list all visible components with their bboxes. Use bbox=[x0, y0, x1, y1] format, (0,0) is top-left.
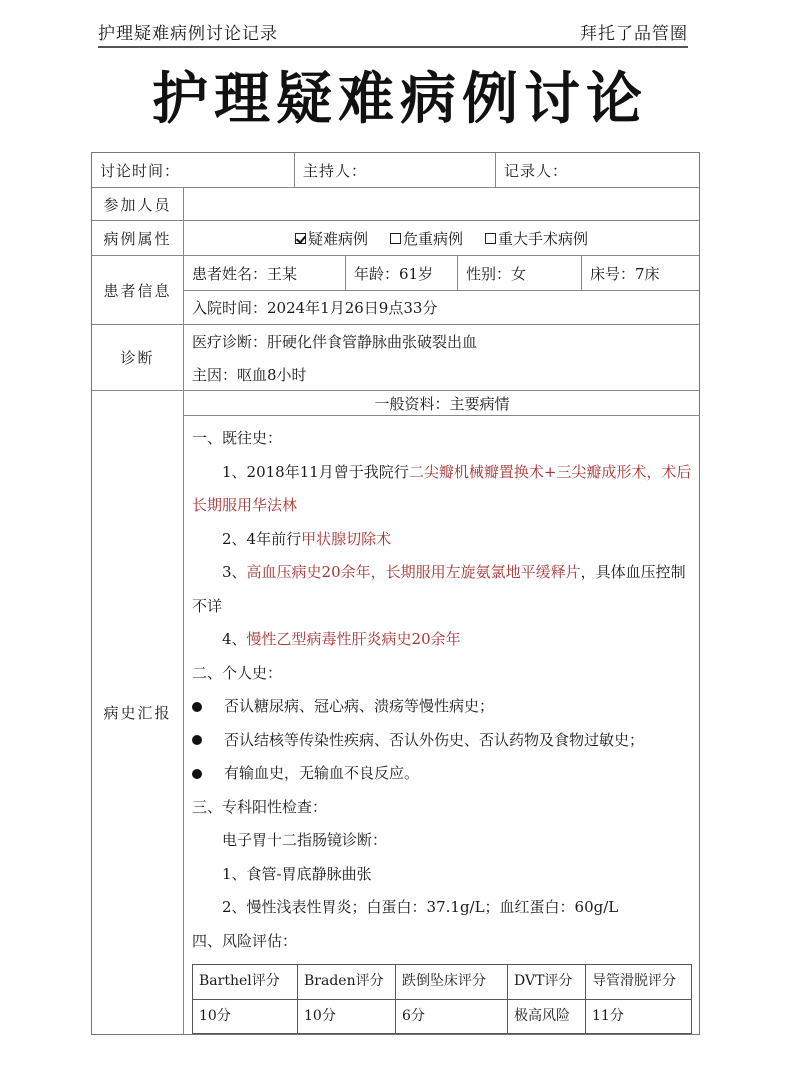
option-label: 疑难病例 bbox=[308, 228, 368, 249]
attendees-field[interactable] bbox=[184, 188, 699, 220]
personal-history-item: 有输血史，无输血不良反应。 bbox=[192, 757, 692, 791]
patient-info-row: 患者信息 患者姓名：王某 年龄：61岁 性别：女 床号：7床 入院时间：2024… bbox=[92, 256, 699, 325]
host-label: 主持人： bbox=[303, 160, 367, 181]
risk-value-cell: 11分 bbox=[586, 999, 692, 1034]
checkbox-checked-icon[interactable] bbox=[295, 233, 306, 244]
exam-item: 2、慢性浅表性胃炎；白蛋白：37.1g/L；血红蛋白：60g/L bbox=[192, 891, 692, 925]
item-highlight: 高血压病史20余年，长期服用左旋氨氯地平缓释片 bbox=[247, 563, 581, 581]
risk-value-cell: 10分 bbox=[298, 999, 396, 1034]
past-history-item: 1、2018年11月曾于我院行二尖瓣机械瓣置换术+三尖瓣成形术，术后长期服用华法… bbox=[192, 456, 692, 523]
case-discussion-form: 讨论时间： 主持人： 记录人： 参加人员 病例属性 疑难病例 危重病例 重大手术… bbox=[91, 152, 700, 1035]
item-highlight: 慢性乙型病毒性肝炎病史20余年 bbox=[247, 630, 461, 648]
patient-gender: 性别：女 bbox=[458, 256, 582, 290]
item-text: 有输血史，无输血不良反应。 bbox=[224, 757, 419, 791]
option-critical-case[interactable]: 危重病例 bbox=[390, 228, 463, 249]
history-label: 病史汇报 bbox=[92, 391, 184, 1034]
attendees-label: 参加人员 bbox=[92, 188, 184, 220]
risk-value-row: 10分 10分 6分 极高风险 11分 bbox=[193, 999, 692, 1034]
history-row: 病史汇报 一般资料：主要病情 一、既往史： 1、2018年11月曾于我院行二尖瓣… bbox=[92, 391, 699, 1034]
risk-title: 四、风险评估： bbox=[192, 925, 692, 959]
patient-info-label: 患者信息 bbox=[92, 256, 184, 324]
diagnosis: 医疗诊断：肝硬化伴食管静脉曲张破裂出血 主因：呕血8小时 bbox=[184, 325, 699, 390]
item-text: 3、 bbox=[222, 563, 247, 581]
exam-item: 1、食管-胃底静脉曲张 bbox=[192, 858, 692, 892]
diagnosis-row: 诊断 医疗诊断：肝硬化伴食管静脉曲张破裂出血 主因：呕血8小时 bbox=[92, 325, 699, 391]
bullet-icon bbox=[192, 702, 202, 712]
past-history-item: 4、慢性乙型病毒性肝炎病史20余年 bbox=[192, 623, 692, 657]
item-highlight: 甲状腺切除术 bbox=[301, 530, 391, 548]
checkbox-unchecked-icon[interactable] bbox=[485, 233, 496, 244]
patient-bed: 床号：7床 bbox=[582, 256, 699, 290]
history-heading: 一般资料：主要病情 bbox=[184, 391, 700, 416]
patient-name: 患者姓名：王某 bbox=[184, 256, 346, 290]
item-text: 2、4年前行 bbox=[222, 530, 301, 548]
risk-value-cell: 10分 bbox=[193, 999, 298, 1034]
patient-age: 年龄：61岁 bbox=[346, 256, 458, 290]
exam-title: 三、专科阳性检查： bbox=[192, 791, 692, 825]
chief-complaint: 主因：呕血8小时 bbox=[192, 364, 699, 385]
medical-diagnosis: 医疗诊断：肝硬化伴食管静脉曲张破裂出血 bbox=[192, 331, 699, 352]
option-difficult-case[interactable]: 疑难病例 bbox=[295, 228, 368, 249]
bullet-icon bbox=[192, 735, 202, 745]
recorder-field[interactable]: 记录人： bbox=[496, 153, 699, 187]
meta-row: 讨论时间： 主持人： 记录人： bbox=[92, 153, 699, 188]
running-header-left: 护理疑难病例讨论记录 bbox=[98, 19, 278, 44]
past-history-item: 3、高血压病史20余年，长期服用左旋氨氯地平缓释片，具体血压控制不详 bbox=[192, 556, 692, 623]
discussion-time-field[interactable]: 讨论时间： bbox=[92, 153, 295, 187]
admission-time: 入院时间：2024年1月26日9点33分 bbox=[184, 291, 699, 324]
page-title: 护理疑难病例讨论 bbox=[0, 55, 800, 135]
risk-value-cell: 6分 bbox=[396, 999, 508, 1034]
risk-value-cell: 极高风险 bbox=[508, 999, 586, 1034]
risk-header-cell: DVT评分 bbox=[508, 965, 586, 1000]
risk-header-cell: Braden评分 bbox=[298, 965, 396, 1000]
option-label: 重大手术病例 bbox=[498, 228, 588, 249]
host-field[interactable]: 主持人： bbox=[295, 153, 496, 187]
item-text: 1、2018年11月曾于我院行 bbox=[222, 463, 409, 481]
risk-assessment-table: Barthel评分 Braden评分 跌倒坠床评分 DVT评分 导管滑脱评分 1… bbox=[192, 964, 692, 1034]
history-body: 一、既往史： 1、2018年11月曾于我院行二尖瓣机械瓣置换术+三尖瓣成形术，术… bbox=[184, 416, 700, 1034]
option-major-surgery-case[interactable]: 重大手术病例 bbox=[485, 228, 588, 249]
risk-header-cell: 导管滑脱评分 bbox=[586, 965, 692, 1000]
bullet-icon bbox=[192, 769, 202, 779]
personal-history-title: 二、个人史： bbox=[192, 657, 692, 691]
attendees-row: 参加人员 bbox=[92, 188, 699, 221]
checkbox-unchecked-icon[interactable] bbox=[390, 233, 401, 244]
exam-intro: 电子胃十二指肠镜诊断： bbox=[192, 824, 692, 858]
diagnosis-label: 诊断 bbox=[92, 325, 184, 390]
risk-header-cell: Barthel评分 bbox=[193, 965, 298, 1000]
risk-header-cell: 跌倒坠床评分 bbox=[396, 965, 508, 1000]
case-attribute-options: 疑难病例 危重病例 重大手术病例 bbox=[184, 221, 699, 255]
option-label: 危重病例 bbox=[403, 228, 463, 249]
personal-history-item: 否认糖尿病、冠心病、溃疡等慢性病史； bbox=[192, 690, 692, 724]
past-history-item: 2、4年前行甲状腺切除术 bbox=[192, 523, 692, 557]
discussion-time-label: 讨论时间： bbox=[100, 160, 180, 181]
running-header-right: 拜托了品管圈 bbox=[580, 19, 688, 44]
running-header: 护理疑难病例讨论记录 拜托了品管圈 bbox=[98, 16, 688, 48]
case-attribute-row: 病例属性 疑难病例 危重病例 重大手术病例 bbox=[92, 221, 699, 256]
item-text: 否认糖尿病、冠心病、溃疡等慢性病史； bbox=[224, 690, 494, 724]
case-attribute-label: 病例属性 bbox=[92, 221, 184, 255]
personal-history-item: 否认结核等传染性疾病、否认外伤史、否认药物及食物过敏史； bbox=[192, 724, 692, 758]
history-report: 一般资料：主要病情 一、既往史： 1、2018年11月曾于我院行二尖瓣机械瓣置换… bbox=[184, 391, 700, 1034]
patient-info: 患者姓名：王某 年龄：61岁 性别：女 床号：7床 入院时间：2024年1月26… bbox=[184, 256, 699, 324]
recorder-label: 记录人： bbox=[504, 160, 568, 181]
item-text: 否认结核等传染性疾病、否认外伤史、否认药物及食物过敏史； bbox=[224, 724, 644, 758]
past-history-title: 一、既往史： bbox=[192, 422, 692, 456]
item-text: 4、 bbox=[222, 630, 247, 648]
risk-header-row: Barthel评分 Braden评分 跌倒坠床评分 DVT评分 导管滑脱评分 bbox=[193, 965, 692, 1000]
